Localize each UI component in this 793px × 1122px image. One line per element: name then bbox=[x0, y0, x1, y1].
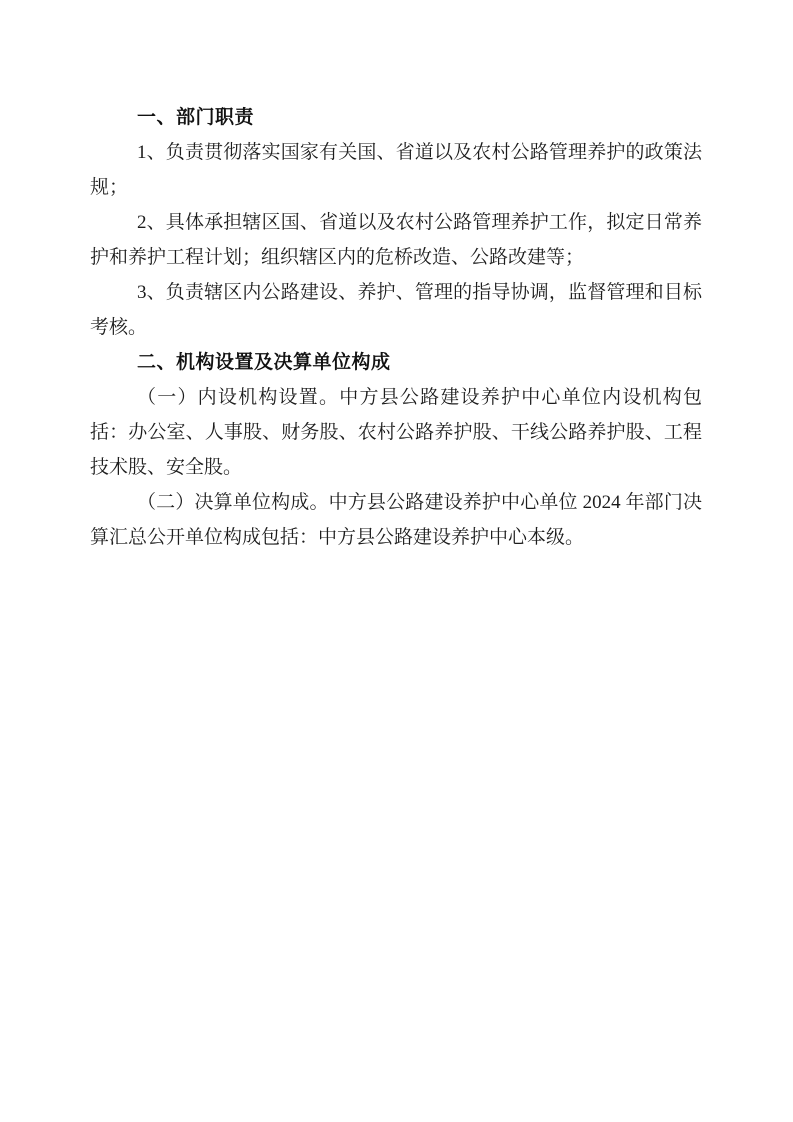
paragraph-duty-1: 1、负责贯彻落实国家有关国、省道以及农村公路管理养护的政策法规； bbox=[90, 135, 702, 205]
section-department-duties: 一、部门职责 1、负责贯彻落实国家有关国、省道以及农村公路管理养护的政策法规； … bbox=[90, 100, 702, 345]
paragraph-internal-structure: （一）内设机构设置。中方县公路建设养护中心单位内设机构包括：办公室、人事股、财务… bbox=[90, 380, 702, 485]
paragraph-accounting-units: （二）决算单位构成。中方县公路建设养护中心单位 2024 年部门决算汇总公开单位… bbox=[90, 485, 702, 555]
section-heading-department-duties: 一、部门职责 bbox=[90, 100, 702, 135]
document-body: 一、部门职责 1、负责贯彻落实国家有关国、省道以及农村公路管理养护的政策法规； … bbox=[90, 100, 702, 555]
section-heading-organization-structure: 二、机构设置及决算单位构成 bbox=[90, 345, 702, 380]
section-organization-structure: 二、机构设置及决算单位构成 （一）内设机构设置。中方县公路建设养护中心单位内设机… bbox=[90, 345, 702, 555]
paragraph-duty-2: 2、具体承担辖区国、省道以及农村公路管理养护工作，拟定日常养护和养护工程计划；组… bbox=[90, 205, 702, 275]
document-page: 一、部门职责 1、负责贯彻落实国家有关国、省道以及农村公路管理养护的政策法规； … bbox=[0, 0, 793, 1122]
paragraph-duty-3: 3、负责辖区内公路建设、养护、管理的指导协调，监督管理和目标考核。 bbox=[90, 275, 702, 345]
